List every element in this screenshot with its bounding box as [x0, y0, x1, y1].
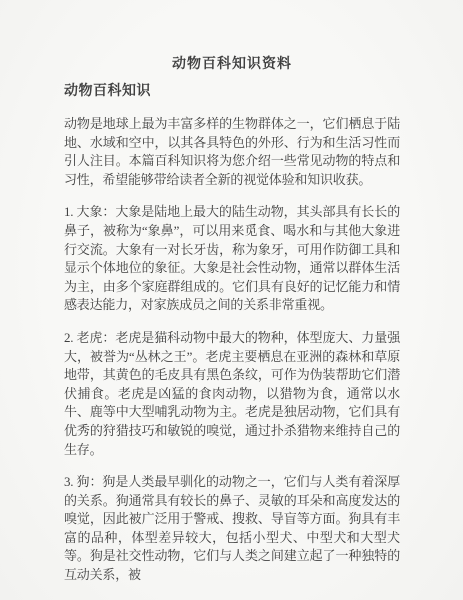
tiger-paragraph: 2. 老虎：老虎是猫科动物中最大的物种，体型庞大、力量强大，被誉为“丛林之王”。… — [64, 329, 400, 459]
document-title: 动物百科知识资料 — [64, 55, 400, 75]
scanned-document: { "document": { "title": "动物百科知识资料", "he… — [0, 0, 463, 600]
elephant-paragraph: 1. 大象：大象是陆地上最大的陆生动物，其头部具有长长的鼻子，被称为“象鼻”，可… — [64, 203, 400, 315]
intro-paragraph: 动物是地球上最为丰富多样的生物群体之一，它们栖息于陆地、水域和空中，以其各具特色… — [64, 115, 400, 189]
document-page: 动物百科知识资料 动物百科知识 动物是地球上最为丰富多样的生物群体之一，它们栖息… — [0, 0, 463, 600]
document-heading: 动物百科知识 — [64, 82, 400, 102]
dog-paragraph: 3. 狗：狗是人类最早驯化的动物之一，它们与人类有着深厚的关系。狗通常具有较长的… — [64, 473, 400, 585]
